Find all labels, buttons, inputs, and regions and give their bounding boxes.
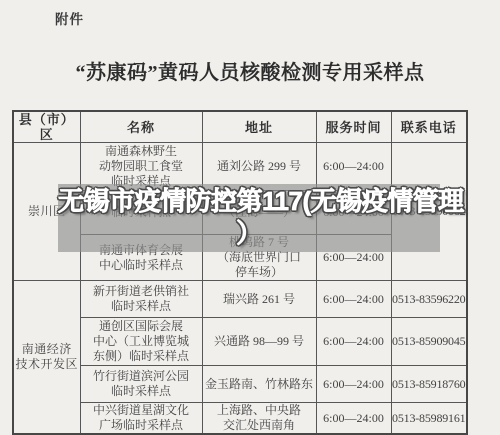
watermark-overlay-band: 无锡市疫情防控第117(无锡疫情管理 ） (58, 184, 440, 252)
district-cell-kaifaqu: 南通经济 技术开发区 (13, 281, 80, 435)
site-address-cell: 上海路、中央路 交汇处西南角 (202, 403, 316, 435)
page: { "attachment_label": "附件", "title": "“苏… (0, 0, 500, 435)
watermark-text: 无锡市疫情防控第117(无锡疫情管理 ） (58, 185, 440, 249)
site-name-cell: 中兴街道星湖文化 广场临时采样点 (80, 403, 202, 435)
sampling-points-table: 县（市）区 名称 地址 服务时间 联系电话 崇川区 南通森林野生 动物园职工食堂… (12, 110, 468, 435)
site-address-cell: 兴通路 98—99 号 (202, 318, 316, 366)
service-time-cell: 6:00—24:00 (316, 403, 391, 435)
table-row: 竹行街道滨河公园 临时采样点 金玉路南、竹林路东 6:00—24:00 0513… (13, 366, 467, 403)
site-address-cell: 瑞兴路 261 号 (202, 281, 316, 318)
header-address: 地址 (202, 111, 316, 143)
phone-cell: 0513-85909045 (391, 318, 467, 366)
phone-cell: 0513-83596220 (391, 281, 467, 318)
phone-cell: 0513-85918760 (391, 366, 467, 403)
site-name-cell: 竹行街道滨河公园 临时采样点 (80, 366, 202, 403)
attachment-label: 附件 (55, 8, 84, 28)
site-name-cell: 新开街道老供销社 临时采样点 (80, 281, 202, 318)
service-time-cell: 6:00—24:00 (316, 318, 391, 366)
watermark-line-1: 无锡市疫情防控第117(无锡疫情管理 (58, 185, 440, 217)
header-name: 名称 (80, 111, 202, 143)
table-header-row: 县（市）区 名称 地址 服务时间 联系电话 (13, 111, 467, 143)
service-time-cell: 6:00—24:00 (316, 366, 391, 403)
page-title: “苏康码”黄码人员核酸检测专用采样点 (0, 56, 500, 85)
site-address-cell: 金玉路南、竹林路东 (202, 366, 316, 403)
watermark-line-2: ） (58, 217, 440, 249)
service-time-cell: 6:00—24:00 (316, 281, 391, 318)
table-row: 通创区国际会展 中心（工业博览城 东侧）临时采样点 兴通路 98—99 号 6:… (13, 318, 467, 366)
table-row: 中兴街道星湖文化 广场临时采样点 上海路、中央路 交汇处西南角 6:00—24:… (13, 403, 467, 435)
header-district: 县（市）区 (13, 111, 80, 143)
header-phone: 联系电话 (391, 111, 467, 143)
site-name-cell: 通创区国际会展 中心（工业博览城 东侧）临时采样点 (80, 318, 202, 366)
phone-cell: 0513-85989161 (391, 403, 467, 435)
header-service-time: 服务时间 (316, 111, 391, 143)
table-row: 南通经济 技术开发区 新开街道老供销社 临时采样点 瑞兴路 261 号 6:00… (13, 281, 467, 318)
